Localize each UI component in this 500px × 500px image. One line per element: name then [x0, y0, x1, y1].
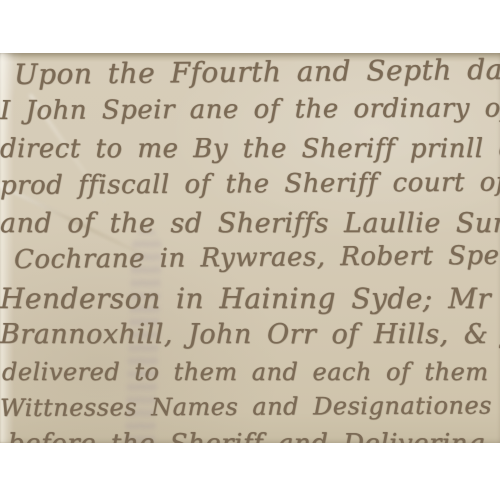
manuscript-line: direct to me By the Sheriff prinll of Re…: [0, 134, 500, 164]
manuscript-line: before the Sheriff and Delivering to the…: [8, 429, 500, 443]
manuscript-line: Wittnesses Names and Designationes yrto: [0, 391, 500, 422]
manuscript-line: Brannoxhill, John Orr of Hills, & J: [0, 319, 500, 350]
manuscript-photo: Upon the Ffourth and Septh days I John S…: [0, 53, 500, 443]
top-whitespace: [0, 0, 500, 53]
manuscript-line: and of the sd Sheriffs Laullie Summoned: [0, 208, 500, 239]
manuscript-line: Cochrane in Rywraes, Robert Speir in: [14, 240, 500, 275]
bottom-whitespace: [0, 443, 500, 500]
manuscript-line: Upon the Ffourth and Septh days: [14, 53, 500, 91]
manuscript-line: I John Speir ane of the ordinary officer…: [0, 93, 500, 126]
manuscript-line: Henderson in Haining Syde; Mr An: [0, 282, 500, 315]
screenshot-canvas: Upon the Ffourth and Septh days I John S…: [0, 0, 500, 500]
manuscript-line: delivered to them and each of them Ane C: [2, 358, 500, 386]
manuscript-line: prod ffiscall of the Sheriff court of Re…: [0, 167, 500, 201]
